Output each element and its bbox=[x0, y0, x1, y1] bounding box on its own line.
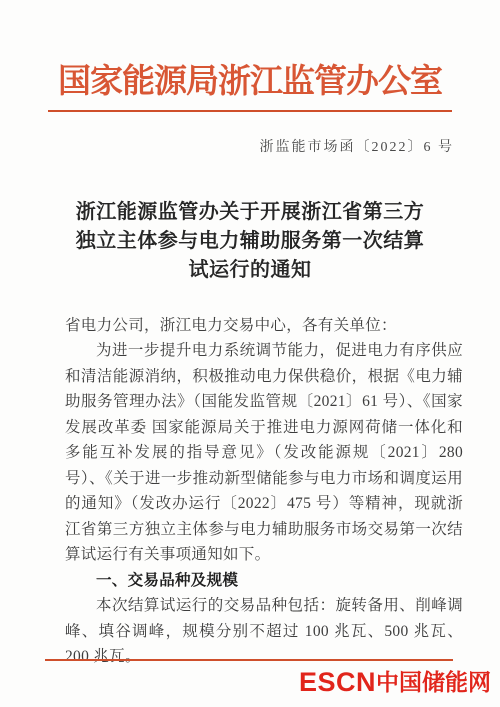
document-body: 省电力公司，浙江电力交易中心，各有关单位： 为进一步提升电力系统调节能力，促进电… bbox=[65, 313, 463, 670]
notice-title-line-3: 试运行的通知 bbox=[0, 256, 500, 285]
paragraph-1: 为进一步提升电力系统调节能力，促进电力有序供应和清洁能源消纳，积极推动电力保供稳… bbox=[65, 338, 463, 568]
section-1-heading: 一、交易品种及规模 bbox=[65, 568, 463, 594]
notice-title-line-2: 独立主体参与电力辅助服务第一次结算 bbox=[0, 227, 500, 256]
letterhead-rule bbox=[48, 110, 452, 112]
notice-title: 浙江能源监管办关于开展浙江省第三方 独立主体参与电力辅助服务第一次结算 试运行的… bbox=[0, 198, 500, 285]
escn-logo-latin-text: ESCN bbox=[299, 667, 376, 697]
salutation-line: 省电力公司，浙江电力交易中心，各有关单位： bbox=[65, 313, 463, 339]
document-number: 浙监能市场函〔2022〕6 号 bbox=[0, 136, 500, 156]
letterhead-org-title: 国家能源局浙江监管办公室 bbox=[0, 0, 500, 102]
footer-rule bbox=[45, 659, 453, 661]
notice-title-line-1: 浙江能源监管办关于开展浙江省第三方 bbox=[0, 198, 500, 227]
escn-logo-chinese-text: 中国储能网 bbox=[376, 669, 491, 695]
document-page: 国家能源局浙江监管办公室 浙监能市场函〔2022〕6 号 浙江能源监管办关于开展… bbox=[0, 0, 500, 707]
escn-watermark-logo: ESCN中国储能网 bbox=[299, 668, 491, 700]
